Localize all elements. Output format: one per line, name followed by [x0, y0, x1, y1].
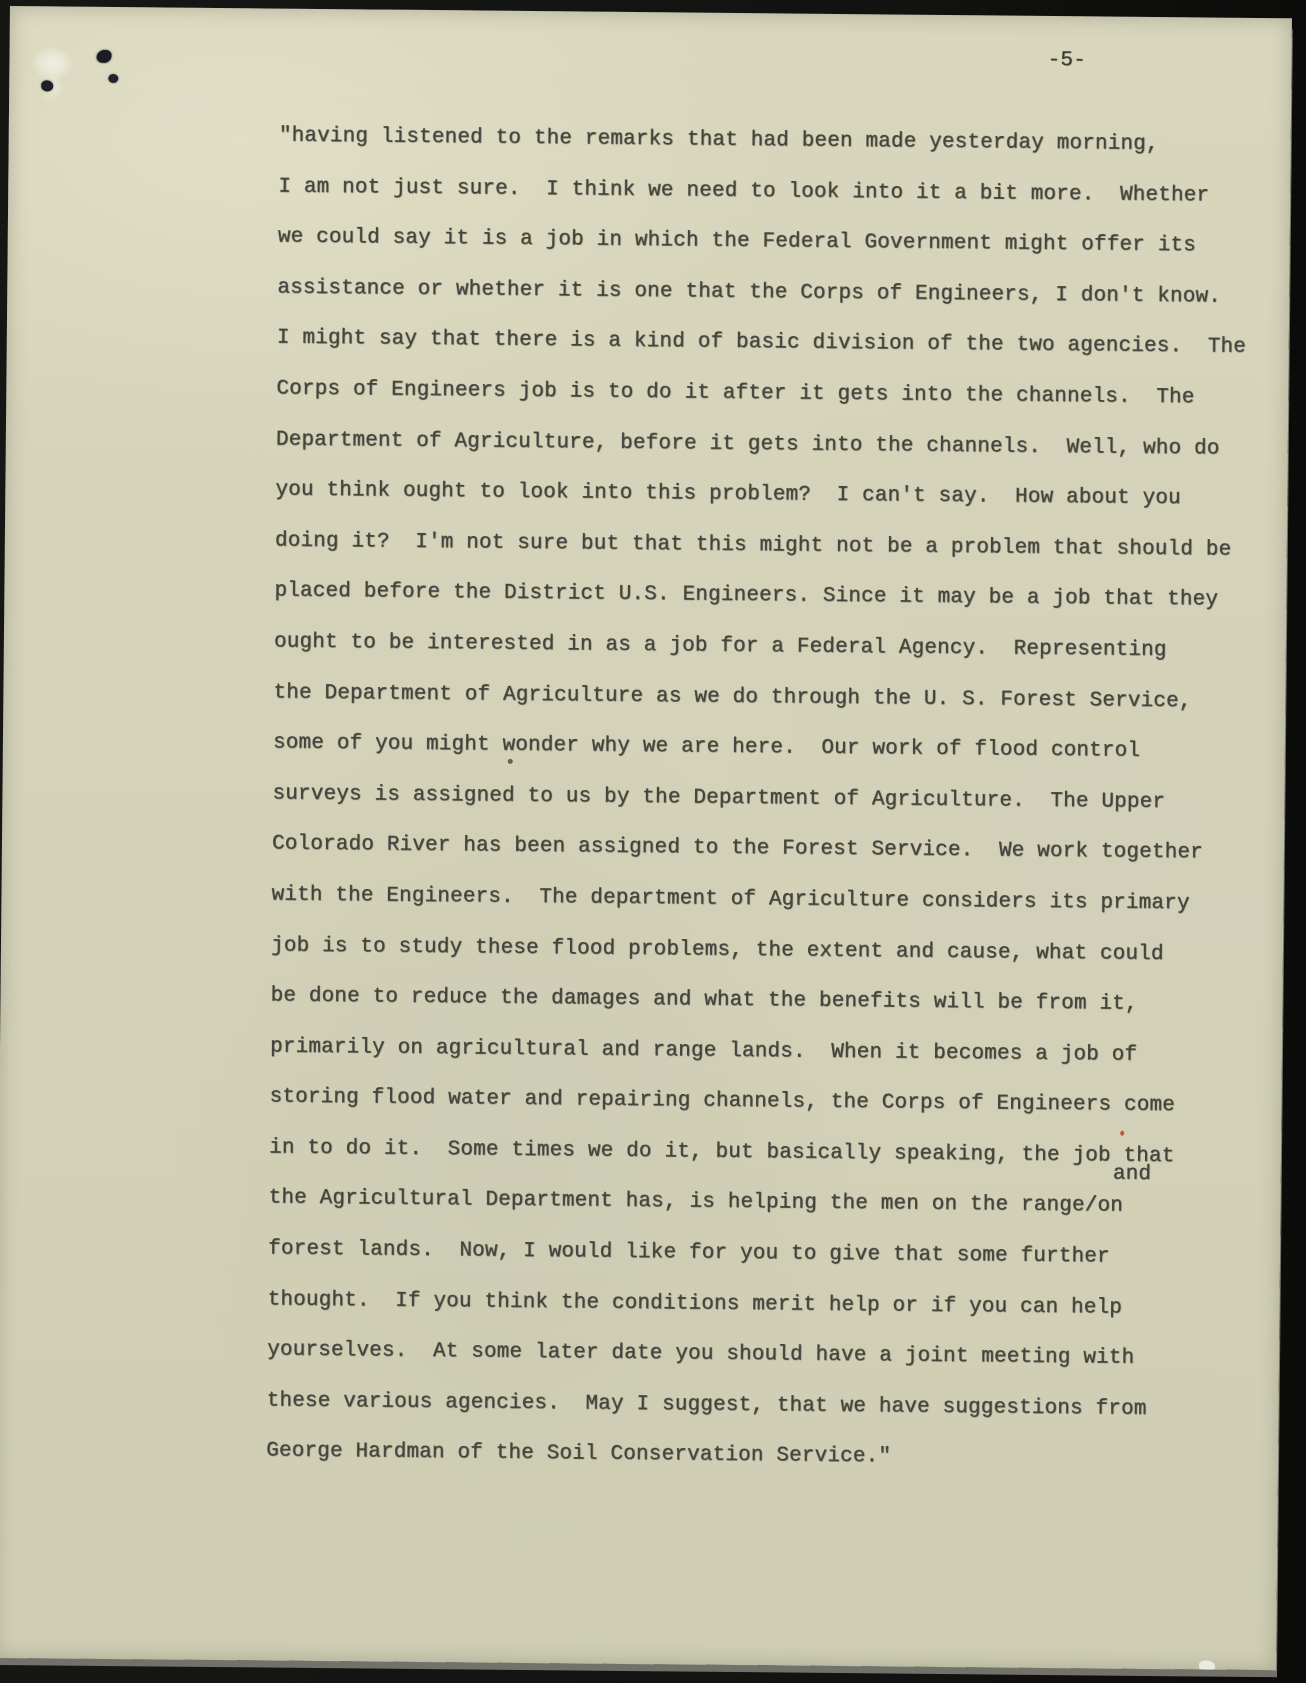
text-line: we could say it is a job in which the Fe…	[278, 213, 1268, 273]
text-line: some of you might wonder why we are here…	[273, 719, 1263, 779]
text-line: yourselves. At some later date you shoul…	[267, 1326, 1257, 1386]
text-line: with the Engineers. The department of Ag…	[271, 870, 1261, 930]
inserted-word: and	[1113, 1164, 1151, 1185]
paper-edge-chip	[1199, 1660, 1215, 1669]
text-line: "having listened to the remarks that had…	[279, 112, 1269, 172]
paper: -5- "having listened to the remarks that…	[0, 6, 1292, 1670]
typed-text-block: "having listened to the remarks that had…	[266, 112, 1269, 1487]
text-line: ought to be interested in as a job for a…	[274, 618, 1264, 678]
text-line: storing flood water and repairing channe…	[269, 1073, 1259, 1133]
page-number: -5-	[1047, 50, 1085, 71]
text-line: forest lands. Now, I would like for you …	[268, 1225, 1258, 1285]
text-line: be done to reduce the damages and what t…	[270, 972, 1260, 1032]
ink-blot	[96, 50, 111, 63]
text-line: you think ought to look into this proble…	[275, 466, 1265, 526]
ink-blot	[108, 74, 118, 83]
text-line: George Hardman of the Soil Conservation …	[266, 1427, 1256, 1487]
text-line: Colorado River has been assigned to the …	[272, 820, 1262, 880]
ink-blot	[41, 80, 53, 91]
text-line: Corps of Engineers job is to do it after…	[276, 365, 1266, 425]
